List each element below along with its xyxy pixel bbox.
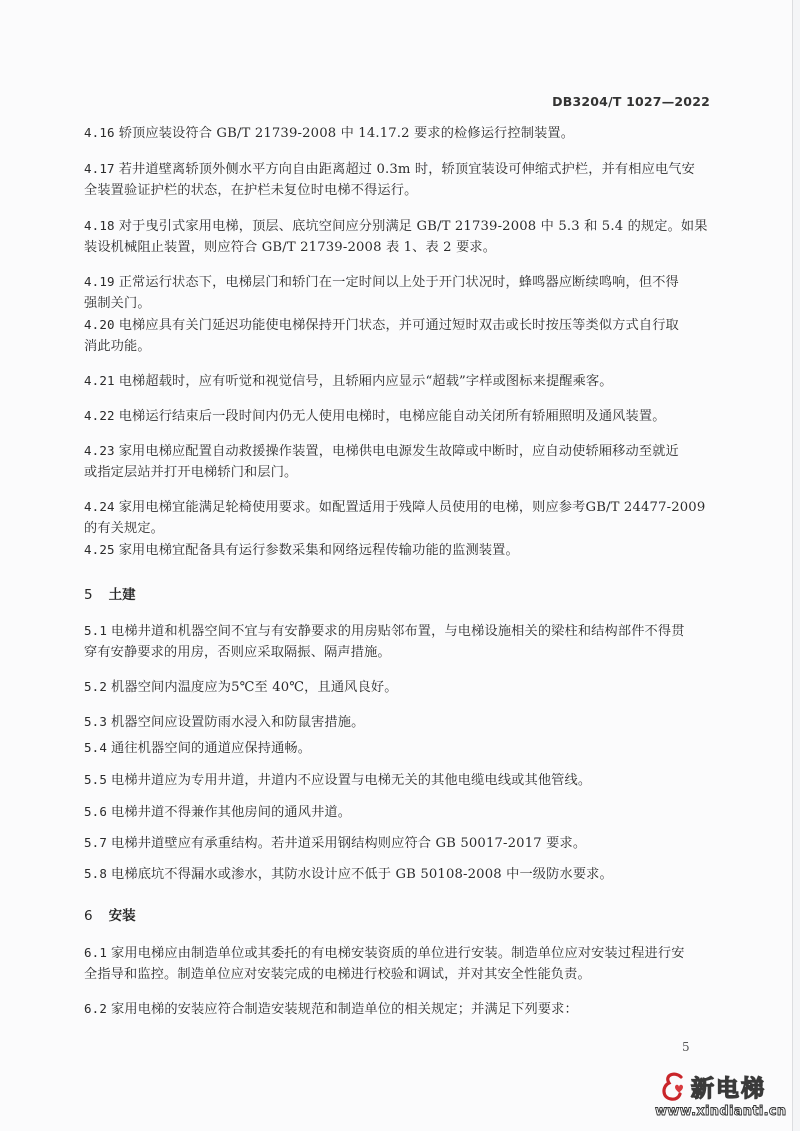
clause-text-line-2: 的有关规定。: [84, 518, 720, 539]
clause-4-25: 4.25家用电梯宜配备具有运行参数采集和网络远程传输功能的监测装置。: [84, 539, 720, 561]
clause-text: 轿顶应装设符合 GB/T 21739-2008 中 14.17.2 要求的检修运…: [119, 126, 574, 141]
clause-text: 电梯井道应为专用井道，井道内不应设置与电梯无关的其他电缆电线或其他管线。: [111, 773, 591, 788]
clause-number: 5.4: [84, 740, 107, 755]
section-title: 土建: [109, 587, 136, 603]
clause-text-line-2: 装设机械阻止装置，则应符合 GB/T 21739-2008 表 1、表 2 要求…: [84, 237, 720, 258]
section-number: 6: [84, 908, 93, 924]
clause-text-line-1: 家用电梯宜能满足轮椅使用要求。如配置适用于残障人员使用的电梯，则应参考GB/T …: [119, 500, 706, 515]
document-page: DB3204/T 1027—2022 4.16轿顶应装设符合 GB/T 2173…: [0, 0, 793, 1131]
clause-number: 4.16: [84, 125, 115, 140]
clause-number: 5.5: [84, 772, 107, 787]
clause-text-line-2: 强制关门。: [84, 293, 720, 314]
clause-5-3: 5.3机器空间应设置防雨水浸入和防鼠害措施。: [84, 711, 720, 733]
clause-5-5: 5.5电梯井道应为专用井道，井道内不应设置与电梯无关的其他电缆电线或其他管线。: [84, 769, 720, 791]
clause-number: 4.24: [84, 499, 115, 514]
clause-number: 5.7: [84, 835, 107, 850]
section-heading-6: 6安装: [84, 904, 136, 924]
clause-text-line-1: 对于曳引式家用电梯，顶层、底坑空间应分别满足 GB/T 21739-2008 中…: [119, 219, 708, 234]
clause-text-line-2: 或指定层站并打开电梯轿门和层门。: [84, 462, 720, 483]
clause-number: 6.2: [84, 1001, 107, 1016]
clause-text: 电梯底坑不得漏水或渗水，其防水设计应不低于 GB 50108-2008 中一级防…: [111, 867, 613, 882]
clause-number: 4.23: [84, 443, 115, 458]
clause-5-4: 5.4通往机器空间的通道应保持通畅。: [84, 737, 720, 759]
clause-4-24: 4.24家用电梯宜能满足轮椅使用要求。如配置适用于残障人员使用的电梯，则应参考G…: [84, 496, 720, 539]
clause-4-16: 4.16轿顶应装设符合 GB/T 21739-2008 中 14.17.2 要求…: [84, 122, 720, 144]
page-number: 5: [682, 1040, 690, 1054]
clause-text: 通往机器空间的通道应保持通畅。: [111, 741, 311, 756]
clause-number: 4.19: [84, 274, 115, 289]
watermark-url: www.xindianti.cn: [655, 1104, 786, 1119]
clause-number: 4.20: [84, 317, 115, 332]
clause-4-19: 4.19正常运行状态下，电梯层门和轿门在一定时间以上处于开门状况时，蜂鸣器应断续…: [84, 271, 720, 314]
clause-4-17: 4.17若井道壁离轿顶外侧水平方向自由距离超过 0.3m 时，轿顶宜装设可伸缩式…: [84, 158, 720, 201]
clause-5-8: 5.8电梯底坑不得漏水或渗水，其防水设计应不低于 GB 50108-2008 中…: [84, 863, 720, 885]
clause-number: 5.8: [84, 866, 107, 881]
clause-text: 机器空间内温度应为5℃至 40℃，且通风良好。: [111, 680, 398, 695]
clause-number: 6.1: [84, 945, 107, 960]
clause-4-21: 4.21电梯超载时，应有听觉和视觉信号，且轿厢内应显示“超载”字样或图标来提醒乘…: [84, 370, 720, 392]
clause-number: 4.21: [84, 373, 115, 388]
clause-text: 电梯运行结束后一段时间内仍无人使用电梯时，电梯应能自动关闭所有轿厢照明及通风装置…: [119, 409, 666, 424]
clause-number: 4.25: [84, 542, 115, 557]
clause-4-23: 4.23家用电梯应配置自动救援操作装置，电梯供电电源发生故障或中断时，应自动使轿…: [84, 440, 720, 483]
clause-4-18: 4.18对于曳引式家用电梯，顶层、底坑空间应分别满足 GB/T 21739-20…: [84, 215, 720, 258]
clause-4-22: 4.22电梯运行结束后一段时间内仍无人使用电梯时，电梯应能自动关闭所有轿厢照明及…: [84, 405, 720, 427]
heart-e-logo-icon: [661, 1072, 687, 1102]
clause-text-line-1: 家用电梯应配置自动救援操作装置，电梯供电电源发生故障或中断时，应自动使轿厢移动至…: [119, 444, 679, 459]
clause-text-line-2: 穿有安静要求的用房，否则应采取隔振、隔声措施。: [84, 642, 720, 663]
clause-6-2: 6.2家用电梯的安装应符合制造安装规范和制造单位的相关规定；并满足下列要求：: [84, 998, 720, 1020]
clause-number: 4.17: [84, 161, 115, 176]
clause-text-line-2: 消此功能。: [84, 336, 720, 357]
clause-text-line-1: 家用电梯应由制造单位或其委托的有电梯安装资质的单位进行安装。制造单位应对安装过程…: [111, 946, 685, 961]
clause-number: 4.18: [84, 218, 115, 233]
watermark: 新电梯 www.xindianti.cn: [655, 1068, 795, 1124]
clause-text-line-1: 电梯应具有关门延迟功能使电梯保持开门状态，并可通过短时双击或长时按压等类似方式自…: [119, 318, 679, 333]
section-number: 5: [84, 587, 93, 603]
page-edge-strip: [793, 0, 800, 1131]
clause-number: 5.2: [84, 679, 107, 694]
clause-5-7: 5.7电梯井道壁应有承重结构。若井道采用钢结构则应符合 GB 50017-201…: [84, 832, 720, 854]
clause-number: 5.3: [84, 714, 107, 729]
clause-4-20: 4.20电梯应具有关门延迟功能使电梯保持开门状态，并可通过短时双击或长时按压等类…: [84, 314, 720, 357]
clause-5-1: 5.1电梯井道和机器空间不宜与有安静要求的用房贴邻布置，与电梯设施相关的梁柱和结…: [84, 620, 720, 663]
clause-number: 5.1: [84, 623, 107, 638]
clause-text: 家用电梯的安装应符合制造安装规范和制造单位的相关规定；并满足下列要求：: [111, 1002, 578, 1017]
section-title: 安装: [109, 908, 136, 924]
clause-text: 电梯超载时，应有听觉和视觉信号，且轿厢内应显示“超载”字样或图标来提醒乘客。: [119, 374, 613, 389]
section-heading-5: 5土建: [84, 583, 136, 603]
clause-text-line-2: 全装置验证护栏的状态，在护栏未复位时电梯不得运行。: [84, 180, 720, 201]
watermark-title: 新电梯: [691, 1070, 766, 1103]
clause-text: 电梯井道壁应有承重结构。若井道采用钢结构则应符合 GB 50017-2017 要…: [111, 836, 586, 851]
clause-text: 家用电梯宜配备具有运行参数采集和网络远程传输功能的监测装置。: [119, 543, 519, 558]
document-code: DB3204/T 1027—2022: [552, 94, 710, 109]
clause-5-6: 5.6电梯井道不得兼作其他房间的通风井道。: [84, 801, 720, 823]
clause-text-line-1: 若井道壁离轿顶外侧水平方向自由距离超过 0.3m 时，轿顶宜装设可伸缩式护栏，并…: [119, 162, 695, 177]
clause-5-2: 5.2机器空间内温度应为5℃至 40℃，且通风良好。: [84, 676, 720, 698]
clause-text-line-1: 电梯井道和机器空间不宜与有安静要求的用房贴邻布置，与电梯设施相关的梁柱和结构部件…: [111, 624, 685, 639]
clause-text-line-2: 全指导和监控。制造单位应对安装完成的电梯进行校验和调试，并对其安全性能负责。: [84, 964, 720, 985]
clause-text: 机器空间应设置防雨水浸入和防鼠害措施。: [111, 715, 364, 730]
clause-6-1: 6.1家用电梯应由制造单位或其委托的有电梯安装资质的单位进行安装。制造单位应对安…: [84, 942, 720, 985]
clause-number: 4.22: [84, 408, 115, 423]
clause-text: 电梯井道不得兼作其他房间的通风井道。: [111, 805, 351, 820]
clause-text-line-1: 正常运行状态下，电梯层门和轿门在一定时间以上处于开门状况时，蜂鸣器应断续鸣响，但…: [119, 275, 679, 290]
clause-number: 5.6: [84, 804, 107, 819]
